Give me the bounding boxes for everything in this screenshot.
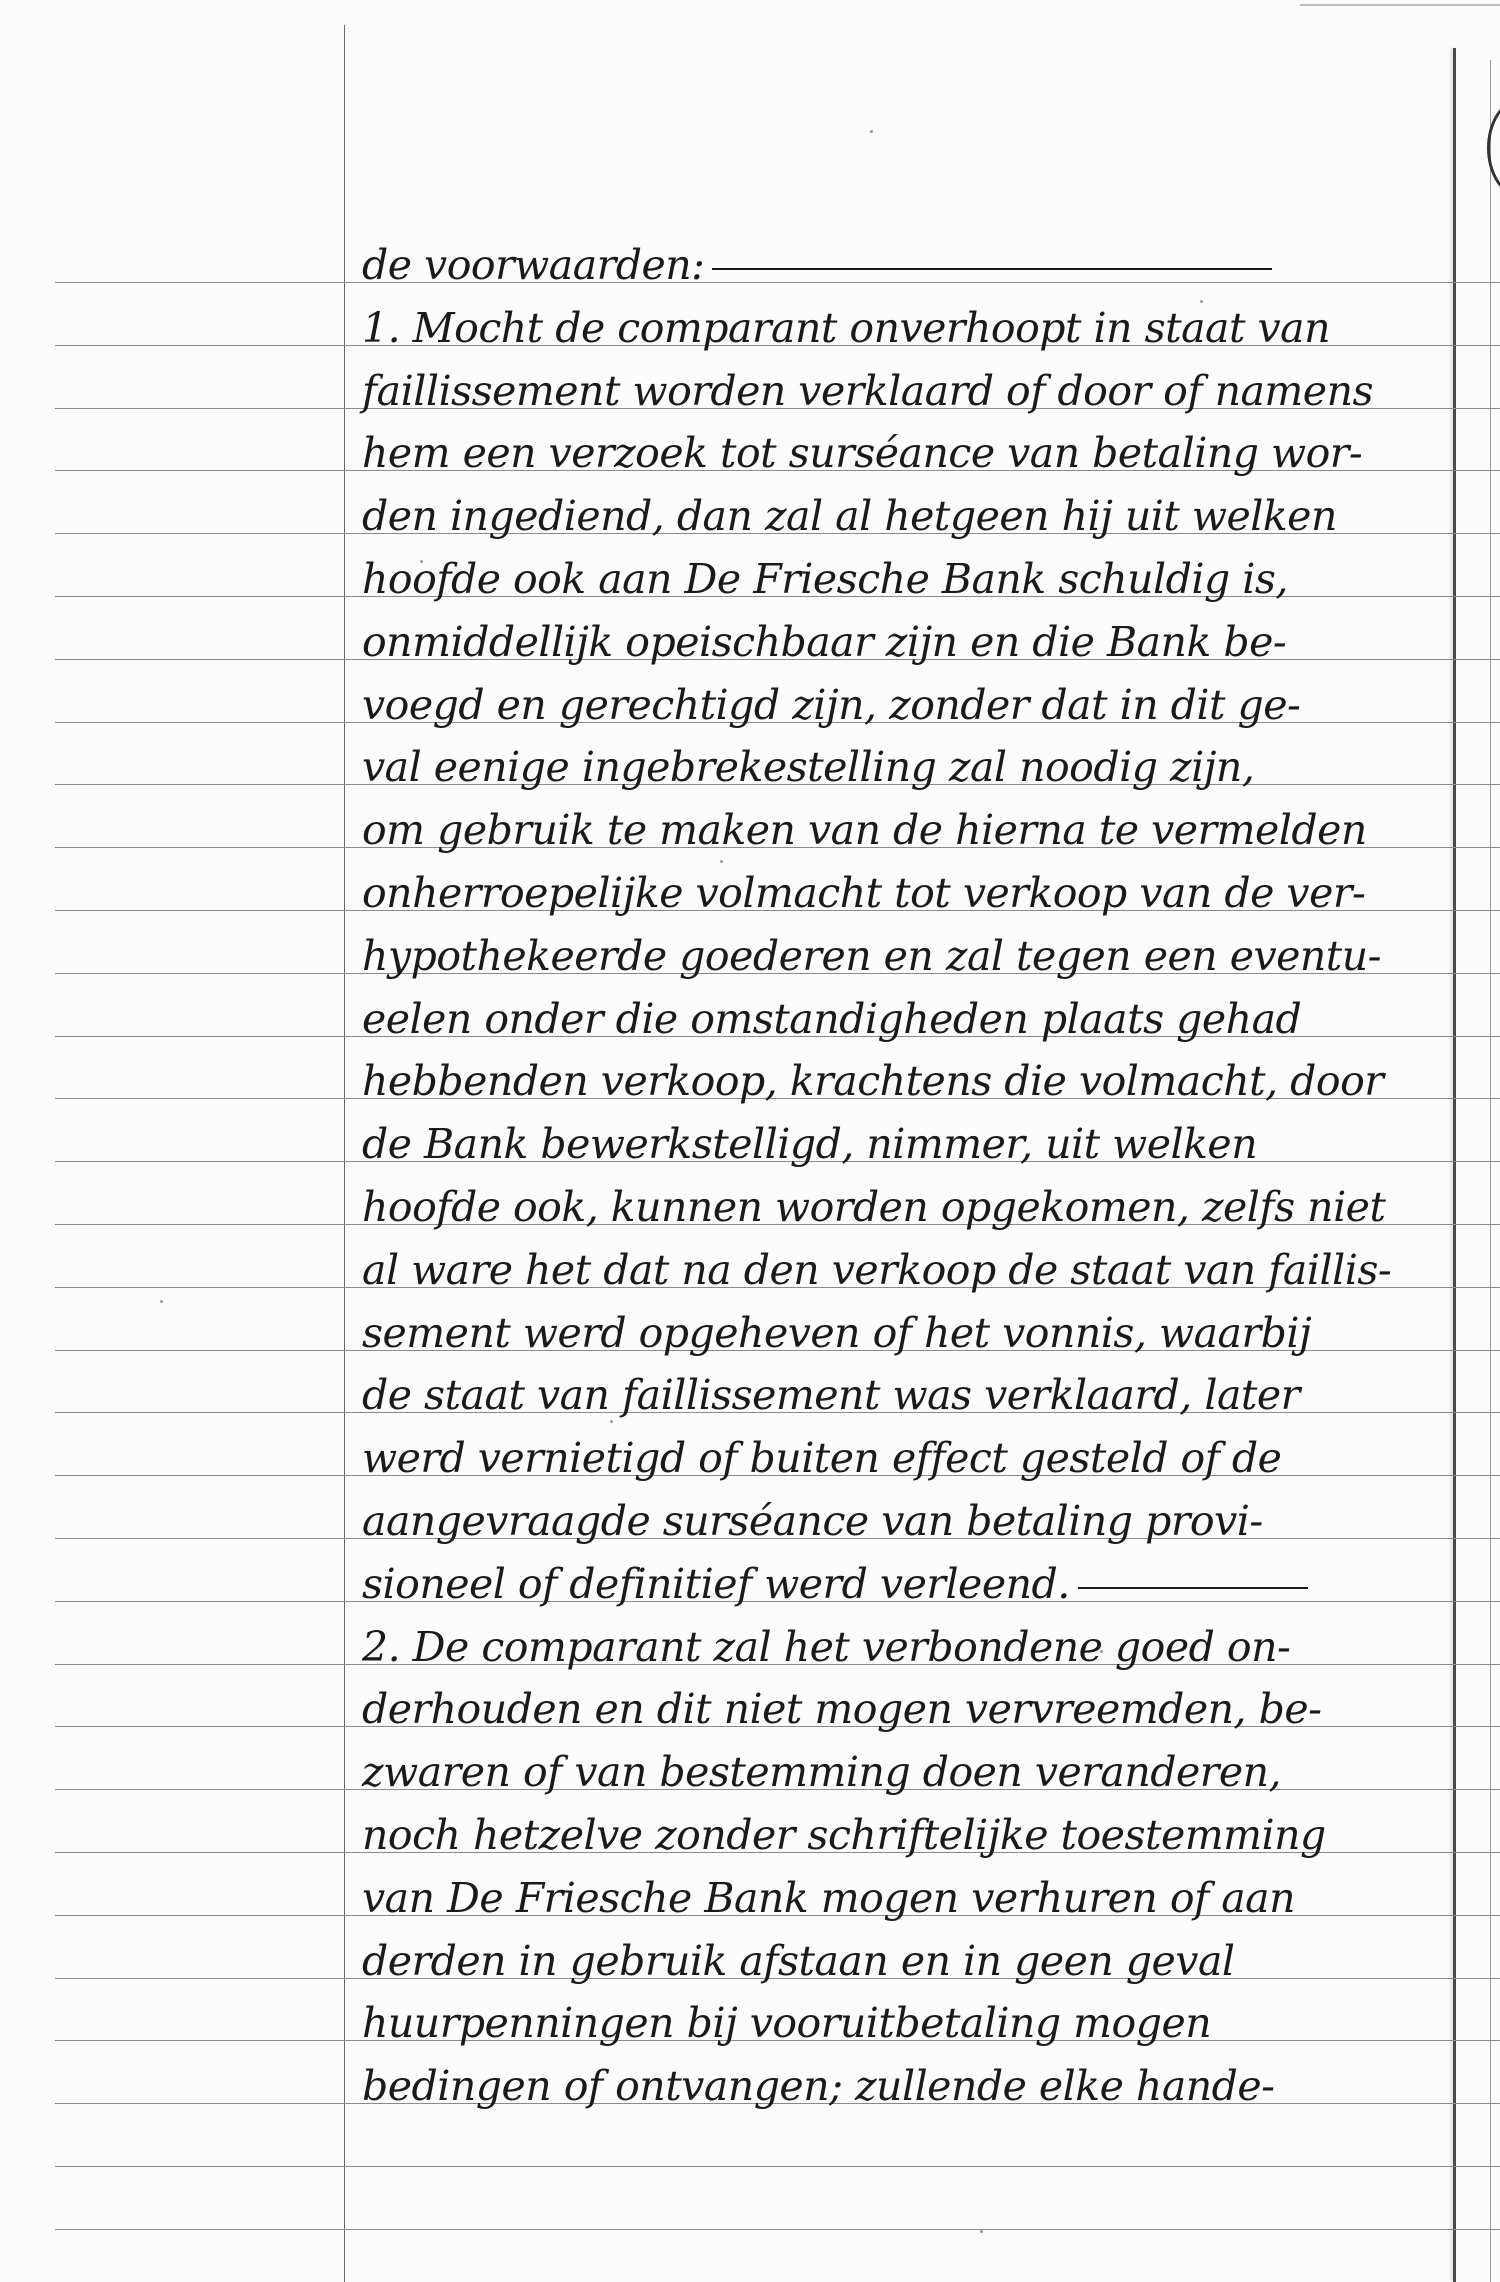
text-line: huurpenningen bij vooruitbetaling mogen <box>362 1998 1447 2048</box>
text-line: val eenige ingebrekestelling zal noodig … <box>362 742 1447 792</box>
line-text: onmiddellijk opeischbaar zijn en die Ban… <box>362 618 1286 666</box>
line-text: derhouden en dit niet mogen vervreemden,… <box>362 1685 1321 1733</box>
text-line: onmiddellijk opeischbaar zijn en die Ban… <box>362 617 1447 667</box>
scan-speck <box>1200 300 1203 303</box>
line-text: werd vernietigd of buiten effect gesteld… <box>362 1434 1281 1482</box>
line-text: hoofde ook, kunnen worden opgekomen, zel… <box>362 1183 1385 1231</box>
scan-speck <box>870 130 873 133</box>
line-text: hem een verzoek tot surséance van betali… <box>362 429 1362 477</box>
scan-speck <box>1100 1650 1103 1653</box>
text-line: derhouden en dit niet mogen vervreemden,… <box>362 1684 1447 1734</box>
page-top-edge <box>1300 4 1500 6</box>
text-line: sement werd opgeheven of het vonnis, waa… <box>362 1308 1447 1358</box>
line-text: van De Friesche Bank mogen verhuren of a… <box>362 1874 1295 1922</box>
right-page-border <box>1453 48 1456 2282</box>
text-line: sioneel of definitief werd verleend. <box>362 1559 1447 1609</box>
text-line: eelen onder die omstandigheden plaats ge… <box>362 994 1447 1044</box>
line-text: noch hetzelve zonder schriftelijke toest… <box>362 1811 1326 1859</box>
text-line: hypothekeerde goederen en zal tegen een … <box>362 931 1447 981</box>
ruled-line <box>55 2229 1500 2230</box>
scan-speck <box>980 2230 983 2233</box>
ruled-line <box>55 2166 1500 2167</box>
line-text: eelen onder die omstandigheden plaats ge… <box>362 995 1301 1043</box>
line-text: derden in gebruik afstaan en in geen gev… <box>362 1937 1235 1985</box>
scan-speck <box>610 1420 613 1423</box>
line-text: huurpenningen bij vooruitbetaling mogen <box>362 1999 1211 2047</box>
text-line: de staat van faillissement was verklaard… <box>362 1370 1447 1420</box>
text-line: van De Friesche Bank mogen verhuren of a… <box>362 1873 1447 1923</box>
left-margin-line <box>344 25 345 2282</box>
text-line: onherroepelijke volmacht tot verkoop van… <box>362 868 1447 918</box>
line-filler-dash <box>712 268 1272 270</box>
line-text: 1. Mocht de comparant onverhoopt in staa… <box>362 304 1330 352</box>
line-text: voegd en gerechtigd zijn, zonder dat in … <box>362 681 1300 729</box>
text-line: hebbenden verkoop, krachtens die volmach… <box>362 1056 1447 1106</box>
stamp-mark-icon <box>1487 100 1500 196</box>
line-text: aangevraagde surséance van betaling prov… <box>362 1497 1263 1545</box>
text-line: om gebruik te maken van de hierna te ver… <box>362 805 1447 855</box>
line-text: de voorwaarden: <box>362 241 704 289</box>
text-line: derden in gebruik afstaan en in geen gev… <box>362 1936 1447 1986</box>
line-text: sioneel of definitief werd verleend. <box>362 1560 1070 1608</box>
line-text: de Bank bewerkstelligd, nimmer, uit welk… <box>362 1120 1257 1168</box>
line-text: de staat van faillissement was verklaard… <box>362 1371 1300 1419</box>
scan-speck <box>720 860 723 863</box>
text-line: bedingen of ontvangen; zullende elke han… <box>362 2061 1447 2111</box>
text-line: de Bank bewerkstelligd, nimmer, uit welk… <box>362 1119 1447 1169</box>
text-line: voegd en gerechtigd zijn, zonder dat in … <box>362 680 1447 730</box>
text-line: zwaren of van bestemming doen veranderen… <box>362 1747 1447 1797</box>
line-text: hoofde ook aan De Friesche Bank schuldig… <box>362 555 1288 603</box>
text-line: al ware het dat na den verkoop de staat … <box>362 1245 1447 1295</box>
line-filler-dash <box>1078 1587 1308 1589</box>
text-line: de voorwaarden: <box>362 240 1447 290</box>
scan-speck <box>160 1300 163 1303</box>
text-line: 2. De comparant zal het verbondene goed … <box>362 1622 1447 1672</box>
line-text: om gebruik te maken van de hierna te ver… <box>362 806 1367 854</box>
scanned-document-page: de voorwaarden:1. Mocht de comparant onv… <box>0 0 1500 2282</box>
text-line: noch hetzelve zonder schriftelijke toest… <box>362 1810 1447 1860</box>
line-text: faillissement worden verklaard of door o… <box>362 367 1373 415</box>
text-line: hoofde ook, kunnen worden opgekomen, zel… <box>362 1182 1447 1232</box>
line-text: hypothekeerde goederen en zal tegen een … <box>362 932 1381 980</box>
text-line: werd vernietigd of buiten effect gesteld… <box>362 1433 1447 1483</box>
text-line: 1. Mocht de comparant onverhoopt in staa… <box>362 303 1447 353</box>
text-line: hoofde ook aan De Friesche Bank schuldig… <box>362 554 1447 604</box>
line-text: sement werd opgeheven of het vonnis, waa… <box>362 1309 1311 1357</box>
line-text: den ingediend, dan zal al hetgeen hij ui… <box>362 492 1337 540</box>
line-text: bedingen of ontvangen; zullende elke han… <box>362 2062 1275 2110</box>
text-line: faillissement worden verklaard of door o… <box>362 366 1447 416</box>
line-text: val eenige ingebrekestelling zal noodig … <box>362 743 1254 791</box>
text-line: den ingediend, dan zal al hetgeen hij ui… <box>362 491 1447 541</box>
text-line: hem een verzoek tot surséance van betali… <box>362 428 1447 478</box>
text-line: aangevraagde surséance van betaling prov… <box>362 1496 1447 1546</box>
line-text: al ware het dat na den verkoop de staat … <box>362 1246 1391 1294</box>
line-text: 2. De comparant zal het verbondene goed … <box>362 1623 1290 1671</box>
right-page-edge <box>1490 60 1491 2282</box>
line-text: hebbenden verkoop, krachtens die volmach… <box>362 1057 1383 1105</box>
line-text: onherroepelijke volmacht tot verkoop van… <box>362 869 1365 917</box>
scan-speck <box>420 560 423 563</box>
line-text: zwaren of van bestemming doen veranderen… <box>362 1748 1281 1796</box>
